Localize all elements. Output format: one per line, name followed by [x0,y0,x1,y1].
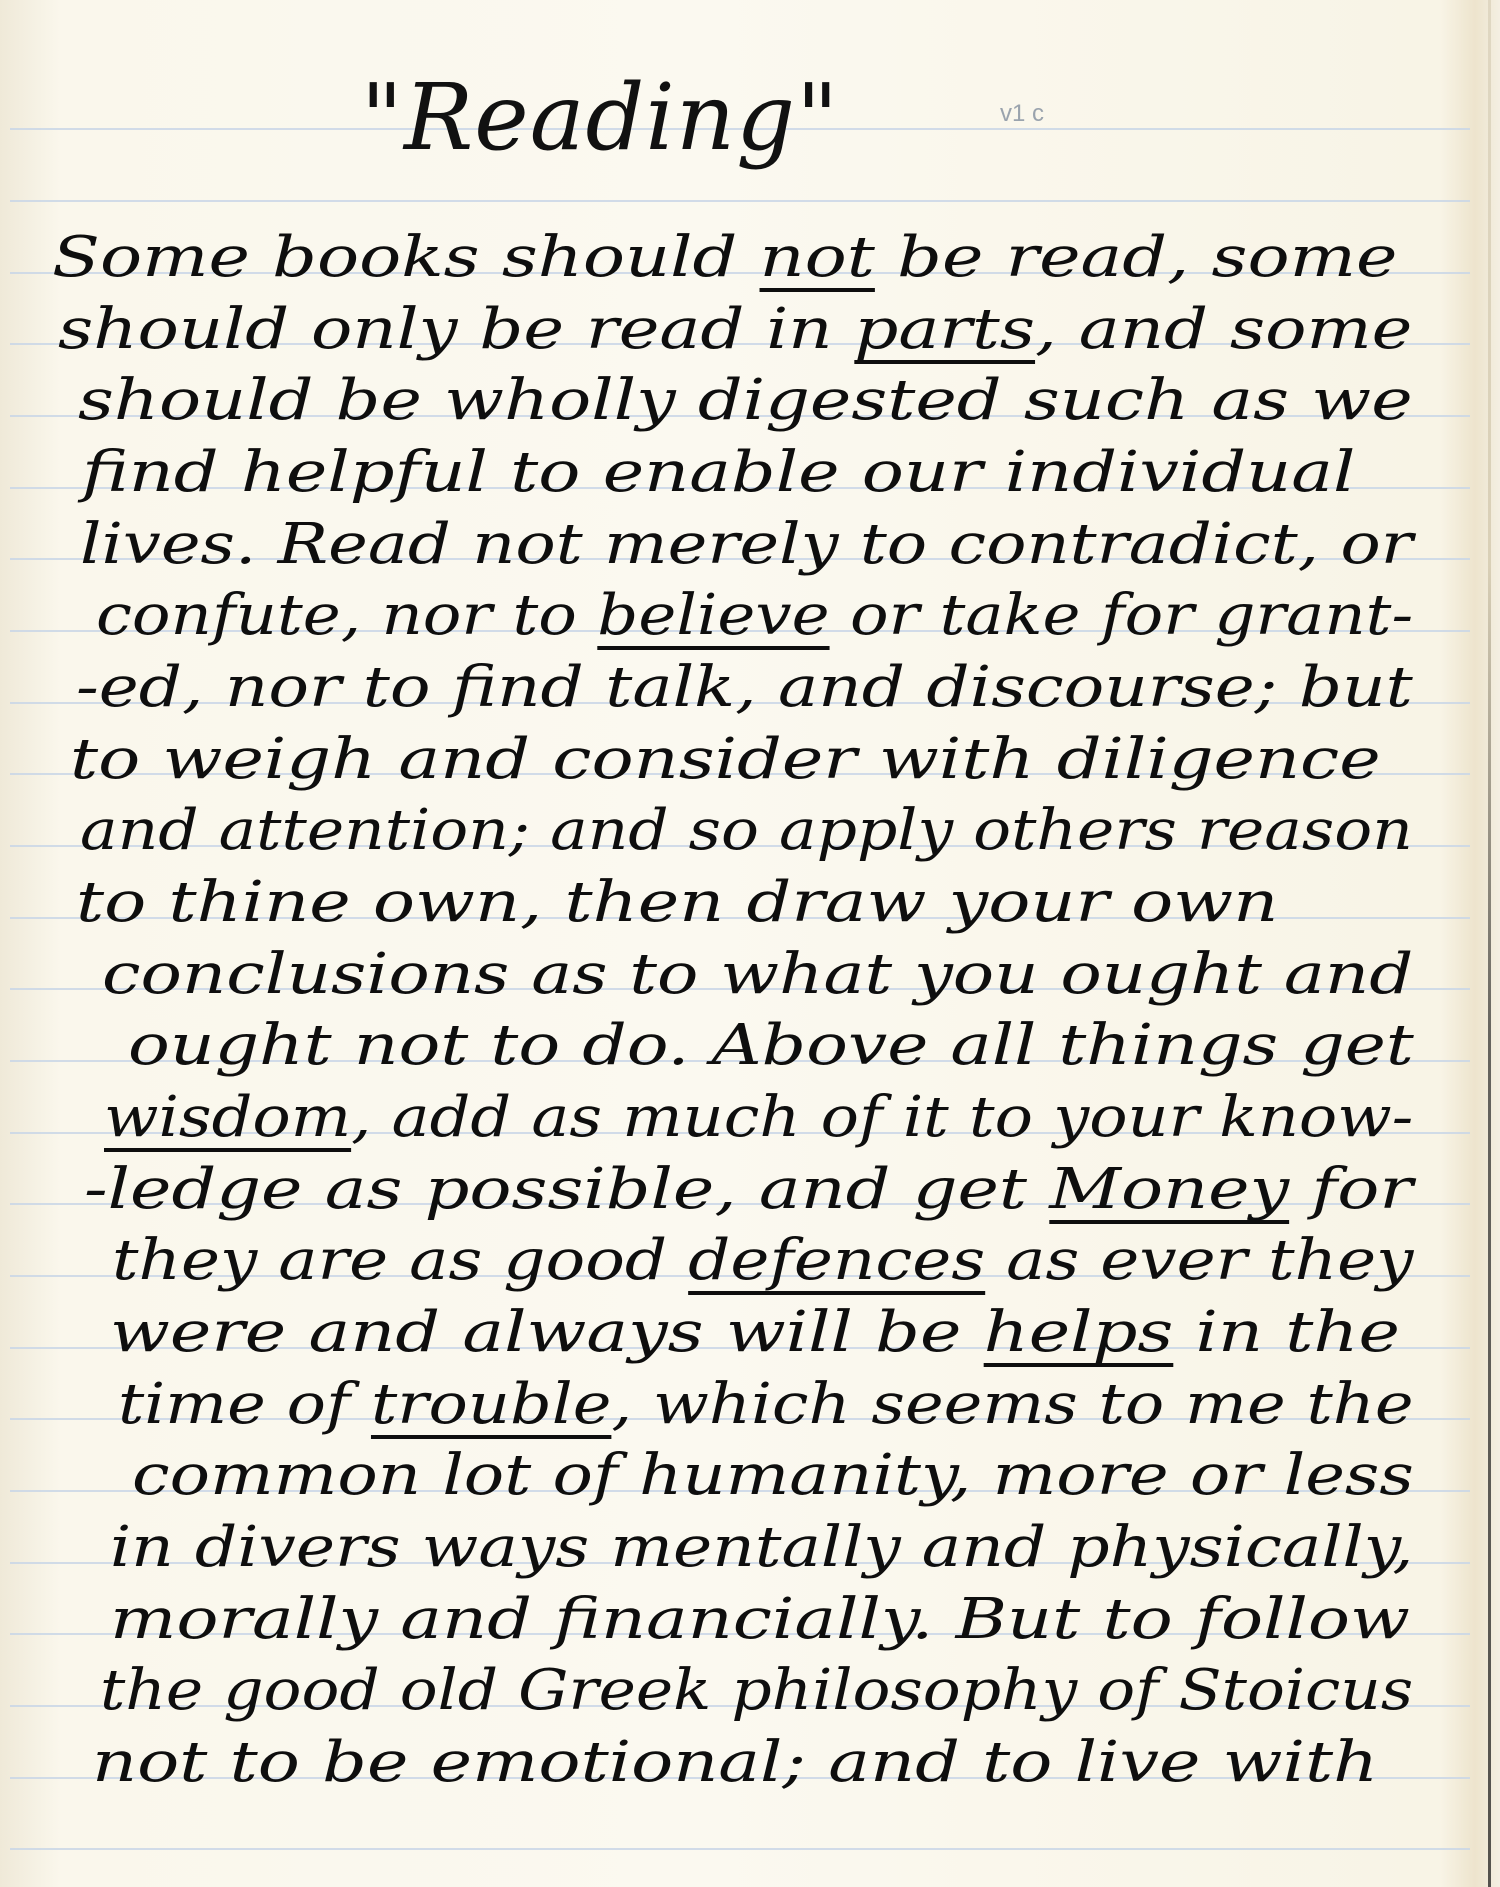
notebook-page: "Reading" v1 c Some books should not be … [0,0,1500,1887]
text-line: to thine own, then draw your own [0,867,1500,939]
text-line: morally and financially. But to follow [0,1584,1500,1656]
text-line: in divers ways mentally and physically, [0,1512,1500,1584]
rule-line [10,200,1470,202]
text-line: they are as good defences as ever they [0,1225,1500,1297]
text-line: to weigh and consider with diligence [0,724,1500,796]
text-line: ought not to do. Above all things get [0,1010,1500,1082]
text-line: confute, nor to believe or take for gran… [0,580,1500,652]
rule-line [10,1848,1470,1850]
underlined-word: believe [597,583,829,648]
text-line: wisdom, add as much of it to your know- [0,1082,1500,1154]
underlined-word: helps [984,1300,1174,1365]
text-line: not to be emotional; and to live with [0,1727,1500,1799]
underlined-word: Money [1049,1157,1289,1222]
text-line: common lot of humanity, more or less [0,1440,1500,1512]
underlined-word: not [760,225,875,290]
underlined-word: trouble [371,1372,611,1437]
page-title: "Reading" [340,48,860,188]
text-line: Some books should not be read, some [0,222,1500,294]
text-line: should be wholly digested such as we [0,365,1500,437]
text-line: find helpful to enable our individual [0,437,1500,509]
text-line: -ledge as possible, and get Money for [0,1154,1500,1226]
underlined-word: defences [688,1228,985,1293]
text-line: lives. Read not merely to contradict, or [0,509,1500,581]
text-line: conclusions as to what you ought and [0,939,1500,1011]
underlined-word: parts [854,297,1035,362]
pencil-annotation: v1 c [1000,100,1044,128]
text-line: should only be read in parts, and some [0,294,1500,366]
text-line: the good old Greek philosophy of Stoicus [0,1655,1500,1727]
underlined-word: wisdom [104,1085,351,1150]
text-line: -ed, nor to find talk, and discourse; bu… [0,652,1500,724]
text-line: and attention; and so apply others reaso… [0,795,1500,867]
text-line: were and always will be helps in the [0,1297,1500,1369]
text-line: time of trouble, which seems to me the [0,1369,1500,1441]
